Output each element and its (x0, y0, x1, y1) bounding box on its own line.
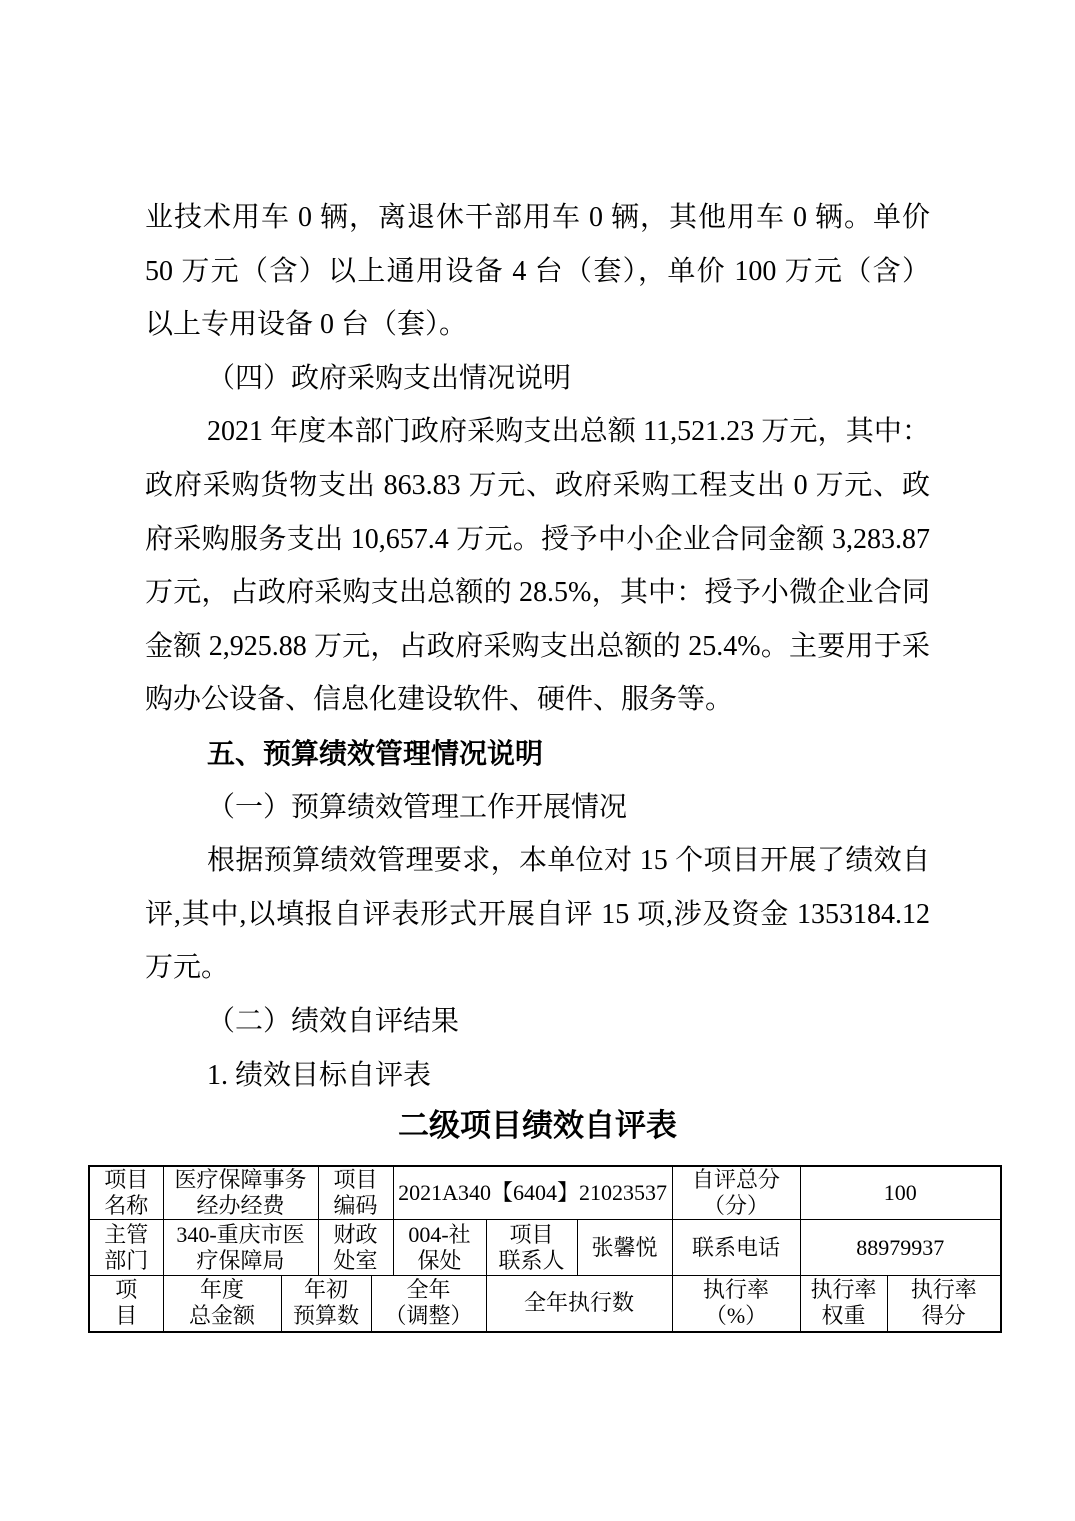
cell-dept-label: 主管 部门 (89, 1220, 163, 1276)
body-line: 2021 年度本部门政府采购支出总额 11,521.23 万元，其中： (145, 405, 930, 459)
cell-dept-value: 340-重庆市医 疗保障局 (163, 1220, 318, 1276)
cell-project-code-label: 项目 编码 (318, 1166, 393, 1220)
cell-execution-rate-label: 执行率 （%） (672, 1276, 800, 1332)
table-row: 主管 部门 340-重庆市医 疗保障局 财政 处室 004-社 保处 项目 联系… (89, 1220, 1001, 1276)
cell-phone-value: 88979937 (800, 1220, 1001, 1276)
table-title: 二级项目绩效自评表 (145, 1102, 930, 1150)
cell-project-label: 项 目 (89, 1276, 163, 1332)
cell-project-name-label: 项目 名称 (89, 1166, 163, 1220)
cell-self-score-value: 100 (800, 1166, 1001, 1220)
list-item-heading: 1. 绩效目标自评表 (145, 1049, 930, 1103)
body-line: 以上专用设备 0 台（套）。 (145, 298, 930, 352)
cell-rate-weight-label: 执行率 权重 (800, 1276, 887, 1332)
section-heading: 五、预算绩效管理情况说明 (145, 727, 930, 781)
performance-self-evaluation-table: 项目 名称 医疗保障事务 经办经费 项目 编码 2021A340【6404】21… (88, 1165, 1002, 1333)
cell-contact-value: 张馨悦 (577, 1220, 672, 1276)
body-line: 万元，占政府采购支出总额的 28.5%，其中：授予小微企业合同 (145, 566, 930, 620)
table-row: 项目 名称 医疗保障事务 经办经费 项目 编码 2021A340【6404】21… (89, 1166, 1001, 1220)
subsection-heading: （二）绩效自评结果 (145, 995, 930, 1049)
cell-fullyear-adjusted-label: 全年 （调整） (371, 1276, 486, 1332)
cell-self-score-label: 自评总分 （分） (672, 1166, 800, 1220)
body-line: 金额 2,925.88 万元，占政府采购支出总额的 25.4%。主要用于采 (145, 620, 930, 674)
body-line: 业技术用车 0 辆，离退休干部用车 0 辆，其他用车 0 辆。单价 (145, 191, 930, 245)
cell-fullyear-execution-label: 全年执行数 (486, 1276, 672, 1332)
document-page: 业技术用车 0 辆，离退休干部用车 0 辆，其他用车 0 辆。单价 50 万元（… (0, 0, 1075, 1521)
cell-project-code-value: 2021A340【6404】21023537 (393, 1166, 672, 1220)
cell-initial-budget-label: 年初 预算数 (281, 1276, 371, 1332)
cell-contact-label: 项目 联系人 (486, 1220, 577, 1276)
body-line: 府采购服务支出 10,657.4 万元。授予中小企业合同金额 3,283.87 (145, 513, 930, 567)
cell-finance-office-label: 财政 处室 (318, 1220, 393, 1276)
body-line: 根据预算绩效管理要求，本单位对 15 个项目开展了绩效自 (145, 834, 930, 888)
cell-project-name-value: 医疗保障事务 经办经费 (163, 1166, 318, 1220)
subsection-heading: （一）预算绩效管理工作开展情况 (145, 781, 930, 835)
body-line: 50 万元（含）以上通用设备 4 台（套），单价 100 万元（含） (145, 245, 930, 299)
subsection-heading: （四）政府采购支出情况说明 (145, 352, 930, 406)
body-line: 购办公设备、信息化建设软件、硬件、服务等。 (145, 673, 930, 727)
body-text-column: 业技术用车 0 辆，离退休干部用车 0 辆，其他用车 0 辆。单价 50 万元（… (145, 191, 930, 1150)
table-row: 项 目 年度 总金额 年初 预算数 全年 （调整） 全年执行数 执行率 （%） … (89, 1276, 1001, 1332)
cell-rate-score-label: 执行率 得分 (887, 1276, 1001, 1332)
cell-finance-office-value: 004-社 保处 (393, 1220, 486, 1276)
body-line: 政府采购货物支出 863.83 万元、政府采购工程支出 0 万元、政 (145, 459, 930, 513)
body-line: 评,其中,以填报自评表形式开展自评 15 项,涉及资金 1353184.12 (145, 888, 930, 942)
cell-annual-total-label: 年度 总金额 (163, 1276, 281, 1332)
body-line: 万元。 (145, 941, 930, 995)
cell-phone-label: 联系电话 (672, 1220, 800, 1276)
